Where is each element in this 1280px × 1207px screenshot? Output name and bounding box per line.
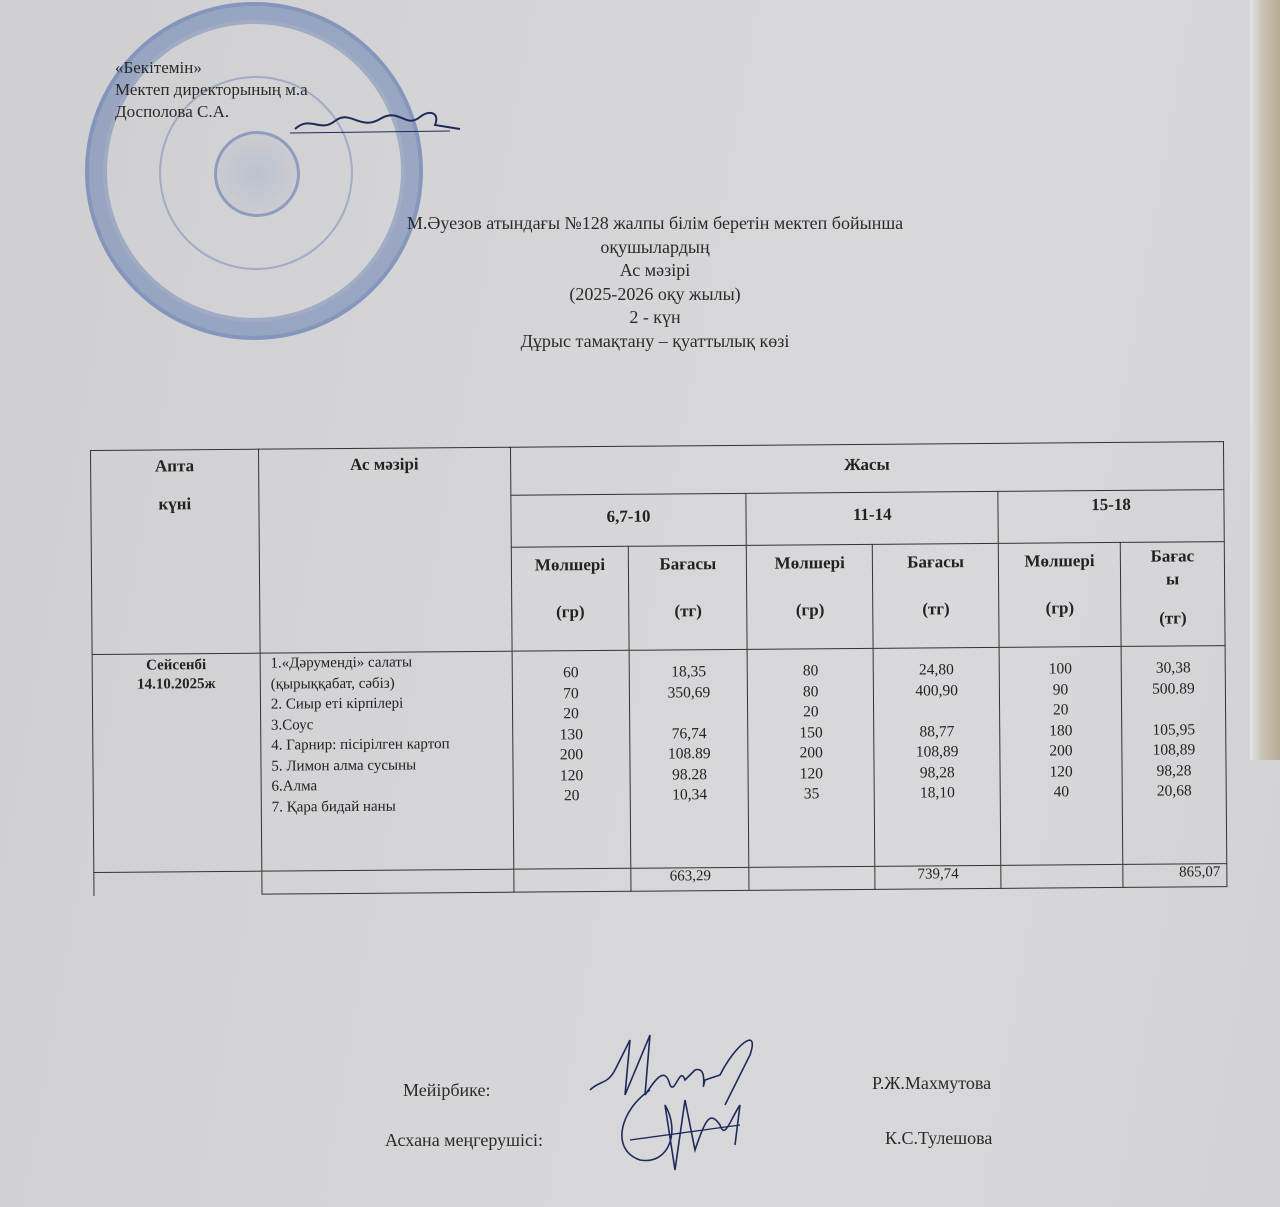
header-group-2: 11-14 — [746, 491, 998, 545]
header-qty-2: Мөлшері(гр) — [747, 544, 874, 649]
header-menu: Ас мәзірі — [258, 447, 511, 653]
value-cell: 80 — [748, 661, 873, 682]
header-group-1: 6,7-10 — [510, 493, 746, 547]
header-day-line2: күні — [91, 476, 258, 515]
approval-position: Мектеп директорының м.а — [115, 79, 308, 101]
qty-label: Мөлшері — [747, 545, 872, 575]
g1-qty-cell: 60702013020012020 — [512, 650, 632, 869]
totals-blank-day — [94, 871, 262, 895]
value-cell: 20,68 — [1123, 781, 1226, 802]
header-price-3: Бағасы(тг) — [1120, 542, 1225, 647]
value-cell: 24,80 — [874, 660, 999, 681]
total-g3: 865,07 — [1123, 864, 1227, 888]
g2-price-cell: 24,80400,9088,77108,8998,2818,10 — [873, 647, 1001, 866]
value-cell: 350,69 — [630, 682, 747, 703]
value-cell — [630, 703, 747, 724]
value-cell: 108,89 — [1122, 740, 1225, 761]
dishes-cell: 1.«Дәруменді» салаты(қырыққабат, сәбіз)2… — [260, 651, 513, 871]
value-cell: 98,28 — [875, 762, 1000, 783]
value-cell: 70 — [512, 683, 629, 704]
value-cell: 98.28 — [631, 764, 748, 785]
value-cell: 30,38 — [1122, 658, 1225, 679]
value-cell: 98,28 — [1123, 761, 1226, 782]
header-qty-1: Мөлшері(гр) — [511, 546, 630, 651]
value-cell: 88,77 — [874, 721, 999, 742]
menu-table: Апта күні Ас мәзірі Жасы 6,7-10 11-14 15… — [90, 441, 1227, 896]
qty-label: Мөлшері — [511, 547, 628, 577]
header-price-2: Бағасы(тг) — [873, 543, 1000, 648]
value-cell: 40 — [1001, 782, 1122, 803]
document-title: М.Әуезов атындағы №128 жалпы білім берет… — [0, 212, 1280, 353]
value-cell: 120 — [749, 763, 874, 784]
table-row: Сейсенбі 14.10.2025ж 1.«Дәруменді» салат… — [92, 646, 1227, 873]
price-label: Бағасы — [629, 546, 746, 576]
price-unit: (тг) — [1121, 600, 1224, 630]
value-cell: 108,89 — [875, 742, 1000, 763]
totals-blank-g2 — [749, 866, 875, 890]
totals-blank-menu — [262, 869, 514, 894]
value-cell: 20 — [513, 786, 630, 807]
g3-qty-cell: 100902018020012040 — [999, 646, 1123, 865]
value-cell: 60 — [512, 663, 629, 684]
price-label-wrap-1: Бағас — [1121, 542, 1224, 568]
day-date: 14.10.2025ж — [93, 675, 260, 695]
value-cell: 200 — [1000, 741, 1121, 762]
title-line-year: (2025-2026 оқу жылы) — [0, 283, 1280, 307]
value-cell: 20 — [513, 704, 630, 725]
value-cell: 200 — [513, 745, 630, 766]
nurse-name: Р.Ж.Махмутова — [872, 1073, 991, 1094]
dish-item: (қырыққабат, сәбіз) — [271, 672, 512, 694]
qty-unit: (гр) — [748, 592, 873, 622]
value-cell: 18,35 — [630, 662, 747, 683]
value-cell: 20 — [1000, 700, 1121, 721]
value-cell: 20 — [748, 702, 873, 723]
value-cell: 120 — [1001, 761, 1122, 782]
dish-item: 2. Сиыр еті кірпілері — [271, 693, 512, 715]
director-signature-icon — [290, 107, 465, 137]
title-line-menu: Ас мәзірі — [0, 259, 1280, 283]
price-label-wrap-2: ы — [1121, 567, 1224, 591]
title-line-slogan: Дұрыс тамақтану – қуаттылық көзі — [0, 330, 1280, 354]
value-cell — [1122, 699, 1225, 720]
value-cell: 108.89 — [631, 744, 748, 765]
value-cell — [874, 701, 999, 722]
day-name: Сейсенбі — [93, 656, 260, 676]
price-unit: (тг) — [873, 591, 998, 621]
canteen-label: Асхана меңгерушісі: — [385, 1130, 543, 1151]
totals-blank-g3 — [1001, 864, 1123, 888]
value-cell: 200 — [749, 743, 874, 764]
header-menu-label: Ас мәзірі — [259, 448, 510, 476]
canteen-name: К.С.Тулешова — [885, 1128, 992, 1149]
dish-item: 5. Лимон алма сусыны — [271, 754, 512, 776]
dish-item: 1.«Дәруменді» салаты — [270, 652, 511, 674]
value-cell: 80 — [748, 681, 873, 702]
group-2-label: 11-14 — [747, 492, 998, 526]
value-cell: 150 — [749, 722, 874, 743]
value-cell: 35 — [749, 784, 874, 805]
title-line-students: оқушылардың — [0, 236, 1280, 260]
canteen-signature-icon — [610, 1070, 760, 1180]
dish-item: 4. Гарнир: пісірілген картоп — [271, 734, 512, 756]
approval-label: «Бекітемін» — [115, 57, 308, 79]
paper-edge — [1250, 0, 1280, 760]
header-group-3: 15-18 — [998, 490, 1224, 544]
total-g2: 739,74 — [875, 865, 1001, 889]
total-g1: 663,29 — [631, 867, 749, 891]
header-price-1: Бағасы(тг) — [629, 545, 748, 650]
value-cell: 500.89 — [1122, 679, 1225, 700]
qty-label: Мөлшері — [999, 543, 1120, 573]
group-1-label: 6,7-10 — [511, 494, 746, 528]
price-label: Бағасы — [873, 544, 998, 574]
day-cell: Сейсенбі 14.10.2025ж — [92, 653, 262, 872]
dish-item: 6.Алма — [271, 775, 512, 797]
g1-price-cell: 18,35350,6976,74108.8998.2810,34 — [630, 649, 750, 868]
header-age: Жасы — [510, 442, 1224, 496]
group-3-label: 15-18 — [998, 490, 1223, 516]
g2-qty-cell: 80802015020012035 — [747, 648, 875, 867]
value-cell: 10,34 — [631, 785, 748, 806]
value-cell: 18,10 — [875, 783, 1000, 804]
value-cell: 180 — [1000, 720, 1121, 741]
qty-unit: (гр) — [999, 590, 1120, 620]
dish-item: 7. Қара бидай наны — [272, 795, 513, 817]
header-day-line1: Апта — [91, 450, 258, 477]
header-age-label: Жасы — [511, 442, 1224, 478]
emblem-icon — [214, 131, 300, 217]
value-cell: 120 — [513, 765, 630, 786]
price-unit: (тг) — [630, 593, 747, 623]
value-cell: 130 — [513, 724, 630, 745]
title-line-day: 2 - күн — [0, 306, 1280, 330]
value-cell: 400,90 — [874, 680, 999, 701]
approval-name: Досполова С.А. — [115, 101, 308, 123]
nurse-label: Мейірбике: — [403, 1080, 490, 1101]
g3-price-cell: 30,38500.89105,95108,8998,2820,68 — [1121, 646, 1227, 865]
value-cell: 76,74 — [631, 723, 748, 744]
approval-block: «Бекітемін» Мектеп директорының м.а Досп… — [115, 57, 308, 123]
value-cell: 105,95 — [1122, 720, 1225, 741]
dish-item: 3.Соус — [271, 713, 512, 735]
header-day: Апта күні — [91, 449, 260, 654]
header-qty-3: Мөлшері(гр) — [998, 542, 1121, 647]
title-line-school: М.Әуезов атындағы №128 жалпы білім берет… — [0, 212, 1280, 236]
value-cell: 100 — [1000, 659, 1121, 680]
value-cell: 90 — [1000, 679, 1121, 700]
totals-blank-g1 — [513, 868, 631, 892]
qty-unit: (гр) — [512, 594, 629, 624]
